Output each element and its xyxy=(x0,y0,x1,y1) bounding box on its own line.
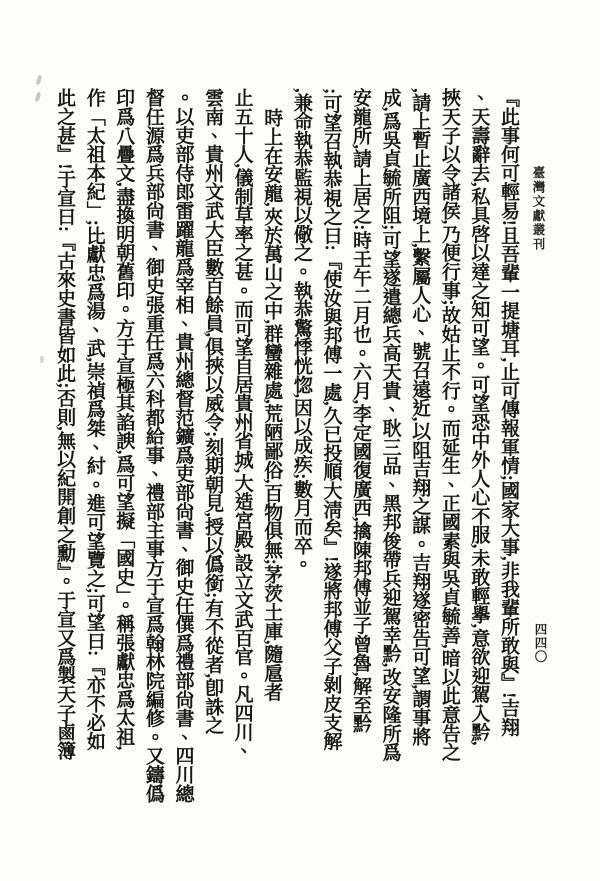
scan-artifact xyxy=(36,75,43,86)
series-title: 臺灣文獻叢刊 xyxy=(529,166,547,252)
text-column: 成,爲吳貞毓所阻;可望遂遣總兵高天貴、耿三品、黑邦俊帶兵迎駕幸黔,改安隆所爲 xyxy=(375,88,405,818)
text-column: 『此事何可輕易!且吾輩一提塘耳,止可傳報軍情;國家大事,非我輩所敢與』!吉翔 xyxy=(493,88,523,818)
scan-artifact xyxy=(40,356,44,363)
text-column: 此之甚』!于宣曰:『古來史書皆如此;否則,無以紀開創之勳』。于宣又爲製天子鹵簿 xyxy=(50,88,80,818)
text-column: 作「太祖本紀」;比獻忠爲湯、武,崇禎爲桀、紂。進可望覽之;可望曰:『亦不必如 xyxy=(79,88,109,818)
text-block: 『此事何可輕易!且吾輩一提塘耳,止可傳報軍情;國家大事,非我輩所敢與』!吉翔、天… xyxy=(47,88,523,818)
scanned-page: 臺灣文獻叢刊 四四〇 『此事何可輕易!且吾輩一提塘耳,止可傳報軍情;國家大事,非… xyxy=(0,0,600,881)
text-column: 時上在安龍,夾於萬山之中,群蠻雜處,荒陋鄙俗,百物俱無;茅茨土庫,隨扈者 xyxy=(257,88,287,818)
text-column: ,兼命執恭監視以儆之。執恭驚悸恍惚,因以成疾;數月而卒。 xyxy=(286,88,316,818)
page-number: 四四〇 xyxy=(531,623,549,664)
scan-artifact xyxy=(35,92,42,103)
text-column: ;可望召執恭視之曰:『使汝與邦傅一處,久已投順大淸矣』!遂將邦傅父子剝皮支解 xyxy=(316,88,346,818)
text-column: 雲南、貴州文武大臣數百餘員,俱挾以威令;刻期朝見,授以僞銜;有不從者,卽誅之 xyxy=(197,88,227,818)
text-column: 安龍所,請上居之:時壬午二月也。六月,李定國復廣西,擒陳邦傅並子曾魯,解至黔 xyxy=(345,88,375,818)
text-column: 印爲八疊文,盡換明朝舊印。方于宣極其諂諛,爲可望擬「國史」。稱張獻忠爲太祖, xyxy=(109,88,139,818)
text-column: 。以吏部侍郎雷躍龍爲宰相、貴州總督范鑛爲吏部尙書、御史任僎爲禮部尙書、四川總 xyxy=(168,88,198,818)
text-column: 止五十人,儀制草率之甚。而可望自居貴州省城,大造宮殿,設立文武百官。凡四川、 xyxy=(227,88,257,818)
text-column: ,請上暫止廣西境上,繫屬人心、號召遠近,以阻吉翔之謀。吉翔遂密告可望,謂事將 xyxy=(405,88,435,818)
text-column: 挾天子以令諸侯,乃便行事;故姑止不行。而延生、正國素與吳貞毓善,暗以此意告之 xyxy=(434,88,464,818)
text-column: 、天壽辭去,私具啓以達之知可望。可望恐中外人心不服,未敢輕擧,意欲迎駕入黔, xyxy=(464,88,494,818)
text-column: 督任源爲兵部尙書、御史張重任爲六科都給事、禮部主事方于宣爲翰林院編修。又鑄僞 xyxy=(138,88,168,818)
